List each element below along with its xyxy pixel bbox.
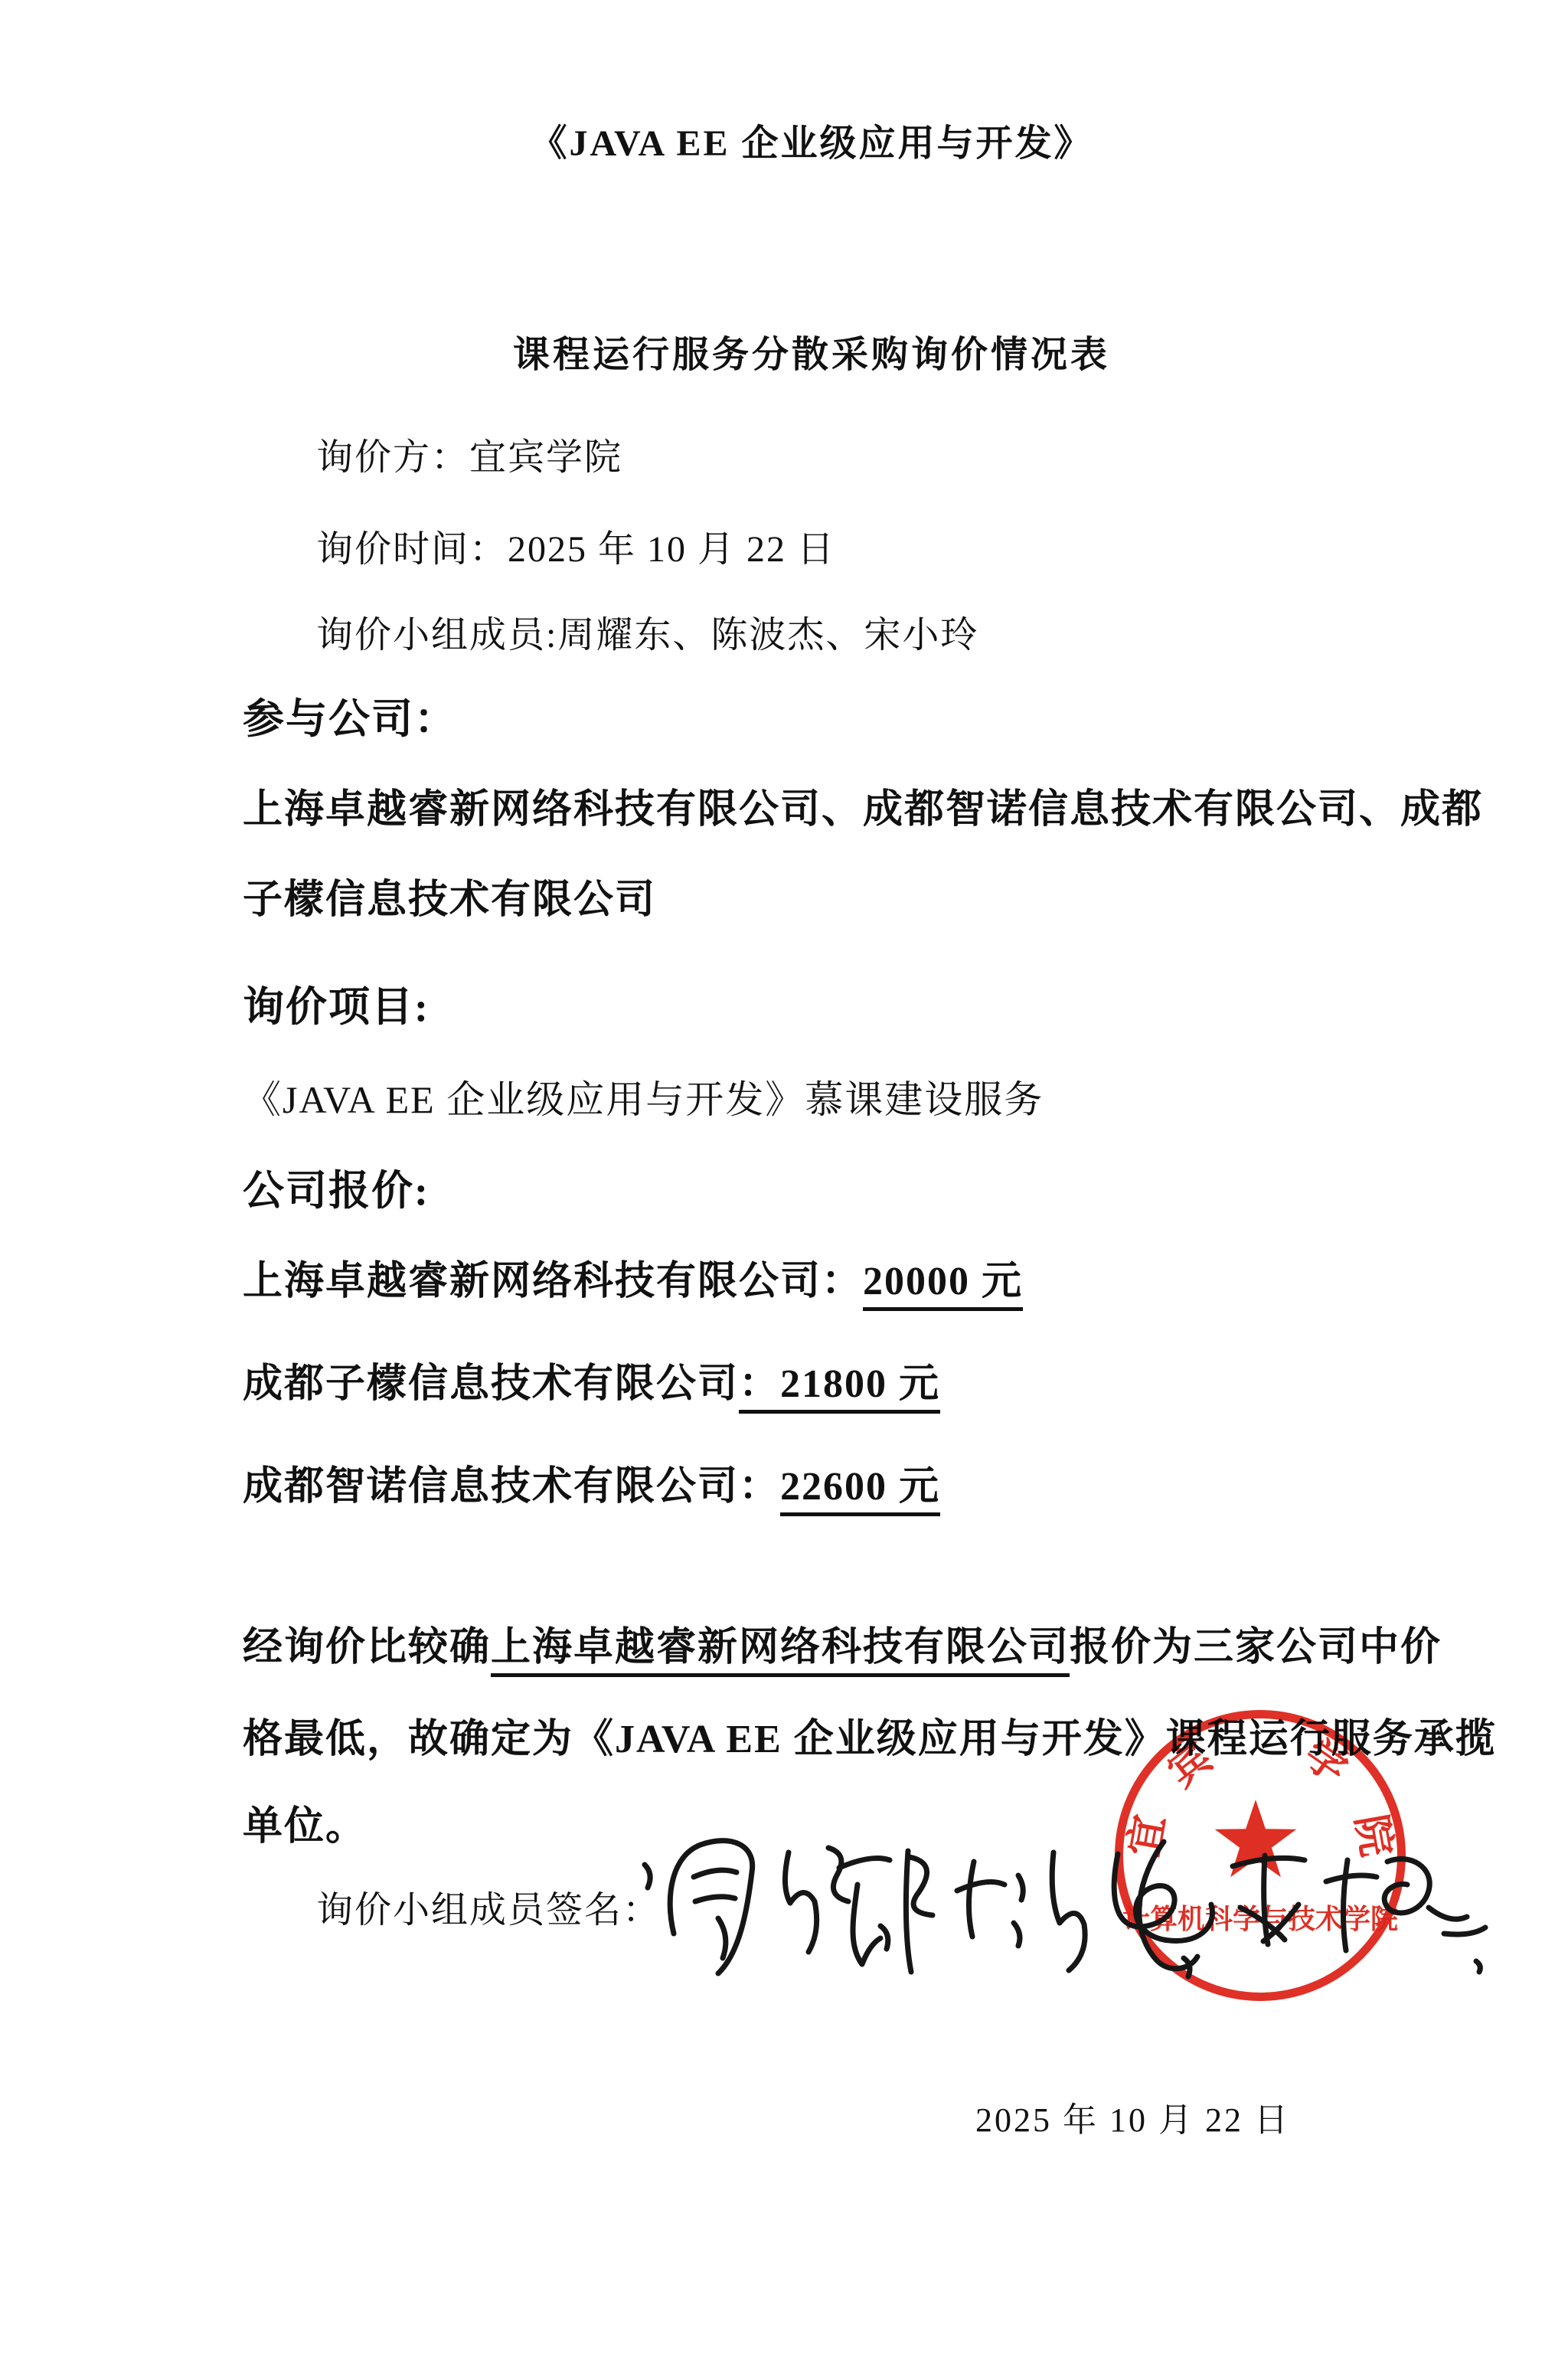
conclusion-pre: 经询价比较确 <box>243 1626 491 1669</box>
signature-names-text: 周耀东、陈波杰、宋小玲 <box>0 0 1 1</box>
conclusion-post: 报价为三家公司中价 <box>1070 1626 1442 1669</box>
quote-company: 成都子檬信息技术有限公司 <box>243 1362 739 1406</box>
project-name: 《JAVA EE 企业级应用与开发》慕课建设服务 <box>243 1069 1044 1124</box>
quote-company: 成都智诺信息技术有限公司： <box>243 1465 780 1509</box>
signatures-handwriting <box>628 1811 1516 1987</box>
conclusion-line2: 格最低，故确定为《JAVA EE 企业级应用与开发》课程运行服务承揽 <box>243 1706 1497 1764</box>
quote-amount: 20000 元 <box>863 1260 1023 1311</box>
conclusion-winner-underlined: 上海卓越睿新网络科技有限公司 <box>491 1626 1070 1677</box>
inquirer-line: 询价方：宜宾学院 <box>316 427 622 480</box>
inquiry-members-line: 询价小组成员:周耀东、陈波杰、宋小玲 <box>316 605 978 658</box>
conclusion-line3: 单位。 <box>243 1793 367 1851</box>
quotes-label: 公司报价: <box>243 1158 430 1217</box>
document-page: 《JAVA EE 企业级应用与开发》 课程运行服务分散采购询价情况表 询价方：宜… <box>0 0 1568 2377</box>
participants-label: 参与公司： <box>243 686 457 745</box>
participants-line2: 子檬信息技术有限公司 <box>243 867 656 924</box>
project-label: 询价项目: <box>243 974 430 1033</box>
quote-row: 成都子檬信息技术有限公司：21800 元 <box>243 1351 940 1408</box>
participants-line1: 上海卓越睿新网络科技有限公司、成都智诺信息技术有限公司、成都 <box>243 777 1483 834</box>
document-title-line1: 《JAVA EE 企业级应用与开发》 <box>130 113 1493 166</box>
quote-amount: ：21800 元 <box>739 1362 940 1414</box>
conclusion-line1: 经询价比较确上海卓越睿新网络科技有限公司报价为三家公司中价 <box>243 1614 1442 1672</box>
quote-company: 上海卓越睿新网络科技有限公司： <box>243 1260 863 1303</box>
signature-label: 询价小组成员签名： <box>316 1880 661 1933</box>
quote-row: 成都智诺信息技术有限公司：22600 元 <box>243 1453 940 1511</box>
date-line: 2025 年 10 月 22 日 <box>975 2092 1290 2141</box>
document-title-line2: 课程运行服务分散采购询价情况表 <box>130 325 1493 378</box>
quote-row: 上海卓越睿新网络科技有限公司：20000 元 <box>243 1248 1023 1306</box>
quote-amount: 22600 元 <box>780 1465 940 1516</box>
inquiry-time-line: 询价时间：2025 年 10 月 22 日 <box>316 519 835 572</box>
